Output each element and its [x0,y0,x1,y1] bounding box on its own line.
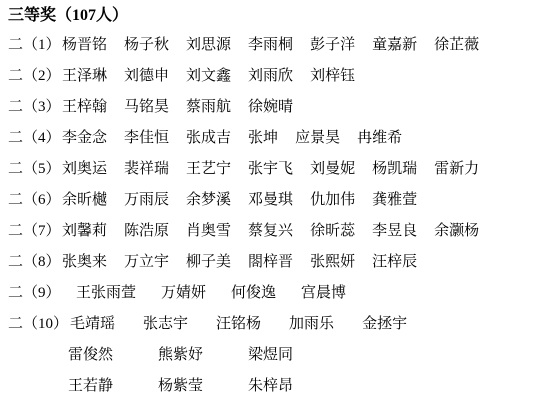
student-name: 加雨乐 [289,309,334,340]
class-label: 二（10） [8,309,70,340]
student-name: 张成吉 [186,123,231,154]
student-name: 冉维希 [357,123,402,154]
student-name: 徐昕蕊 [310,216,355,247]
page-title: 三等奖（107人） [8,2,538,30]
student-name: 张志宇 [143,309,188,340]
student-name: 王若静 [68,371,113,395]
student-name: 汪梓辰 [372,247,417,278]
student-name: 蔡复兴 [248,216,293,247]
student-name: 龚雅萱 [372,185,417,216]
award-row: 王若静杨紫莹朱梓昂 [8,371,538,395]
student-name: 金拯宇 [362,309,407,340]
student-name: 刘雨欣 [248,61,293,92]
student-name: 李金念 [62,123,107,154]
class-label: 二（7） [8,216,62,247]
student-name: 仇加伟 [310,185,355,216]
award-row: 二（6）余昕樾万雨辰余梦溪邓曼琪仇加伟龚雅萱 [8,185,538,216]
student-name: 熊紫妤 [158,340,203,371]
student-name: 万婧妍 [161,278,206,309]
student-name: 梁煜同 [248,340,293,371]
class-label: 二（3） [8,92,62,123]
student-name: 王张雨萱 [76,278,136,309]
student-name: 刘梓钰 [310,61,355,92]
student-name: 徐芷薇 [434,30,479,61]
award-row: 二（1）杨晋铭杨子秋刘思源李雨桐彭子洋童嘉新徐芷薇 [8,30,538,61]
student-name: 徐婉晴 [248,92,293,123]
award-row: 二（9）王张雨萱万婧妍何俊逸宫晨博 [8,278,538,309]
student-name: 雷新力 [434,154,479,185]
award-row: 二（4）李金念李佳恒张成吉张坤应景昊冉维希 [8,123,538,154]
student-name: 杨晋铭 [62,30,107,61]
award-row: 二（3）王梓翰马铭昊蔡雨航徐婉晴 [8,92,538,123]
class-label: 二（9） [8,278,76,309]
student-name: 邓曼琪 [248,185,293,216]
award-row: 二（10）毛靖瑶张志宇汪铭杨加雨乐金拯宇 [8,309,538,340]
student-name: 刘思源 [186,30,231,61]
student-name: 彭子洋 [310,30,355,61]
student-name: 余梦溪 [186,185,231,216]
student-name: 应景昊 [295,123,340,154]
student-name: 刘文鑫 [186,61,231,92]
class-label: 二（6） [8,185,62,216]
class-label: 二（4） [8,123,62,154]
award-list: 二（1）杨晋铭杨子秋刘思源李雨桐彭子洋童嘉新徐芷薇二（2）王泽琳刘德申刘文鑫刘雨… [8,30,538,395]
student-name: 余灏杨 [434,216,479,247]
student-name: 万立宇 [124,247,169,278]
student-name: 宫晨博 [301,278,346,309]
student-name: 余昕樾 [62,185,107,216]
student-name: 朱梓昂 [248,371,293,395]
student-name: 童嘉新 [372,30,417,61]
student-name: 毛靖瑶 [70,309,115,340]
student-name: 张宇飞 [248,154,293,185]
student-name: 陈浩原 [124,216,169,247]
class-label: 二（5） [8,154,62,185]
class-label: 二（1） [8,30,62,61]
award-row: 雷俊然熊紫妤梁煜同 [8,340,538,371]
student-name: 刘奥运 [62,154,107,185]
student-name: 汪铭杨 [216,309,261,340]
student-name: 王泽琳 [62,61,107,92]
class-label: 二（8） [8,247,62,278]
student-name: 閤梓晋 [248,247,293,278]
student-name: 裴祥瑞 [124,154,169,185]
class-label: 二（2） [8,61,62,92]
document: 三等奖（107人） 二（1）杨晋铭杨子秋刘思源李雨桐彭子洋童嘉新徐芷薇二（2）王… [0,0,542,395]
student-name: 何俊逸 [231,278,276,309]
student-name: 王梓翰 [62,92,107,123]
student-name: 李佳恒 [124,123,169,154]
student-name: 王艺宁 [186,154,231,185]
student-name: 刘曼妮 [310,154,355,185]
student-name: 刘德申 [124,61,169,92]
award-row: 二（7）刘馨莉陈浩原肖奥雪蔡复兴徐昕蕊李昱良余灏杨 [8,216,538,247]
student-name: 万雨辰 [124,185,169,216]
award-row: 二（2）王泽琳刘德申刘文鑫刘雨欣刘梓钰 [8,61,538,92]
award-row: 二（8）张奥来万立宇柳子美閤梓晋张熙妍汪梓辰 [8,247,538,278]
student-name: 张熙妍 [310,247,355,278]
student-name: 张坤 [248,123,278,154]
student-name: 柳子美 [186,247,231,278]
student-name: 雷俊然 [68,340,113,371]
student-name: 刘馨莉 [62,216,107,247]
student-name: 肖奥雪 [186,216,231,247]
student-name: 李雨桐 [248,30,293,61]
student-name: 李昱良 [372,216,417,247]
award-row: 二（5）刘奥运裴祥瑞王艺宁张宇飞刘曼妮杨凯瑞雷新力 [8,154,538,185]
student-name: 杨紫莹 [158,371,203,395]
student-name: 蔡雨航 [186,92,231,123]
student-name: 杨凯瑞 [372,154,417,185]
student-name: 马铭昊 [124,92,169,123]
student-name: 杨子秋 [124,30,169,61]
student-name: 张奥来 [62,247,107,278]
